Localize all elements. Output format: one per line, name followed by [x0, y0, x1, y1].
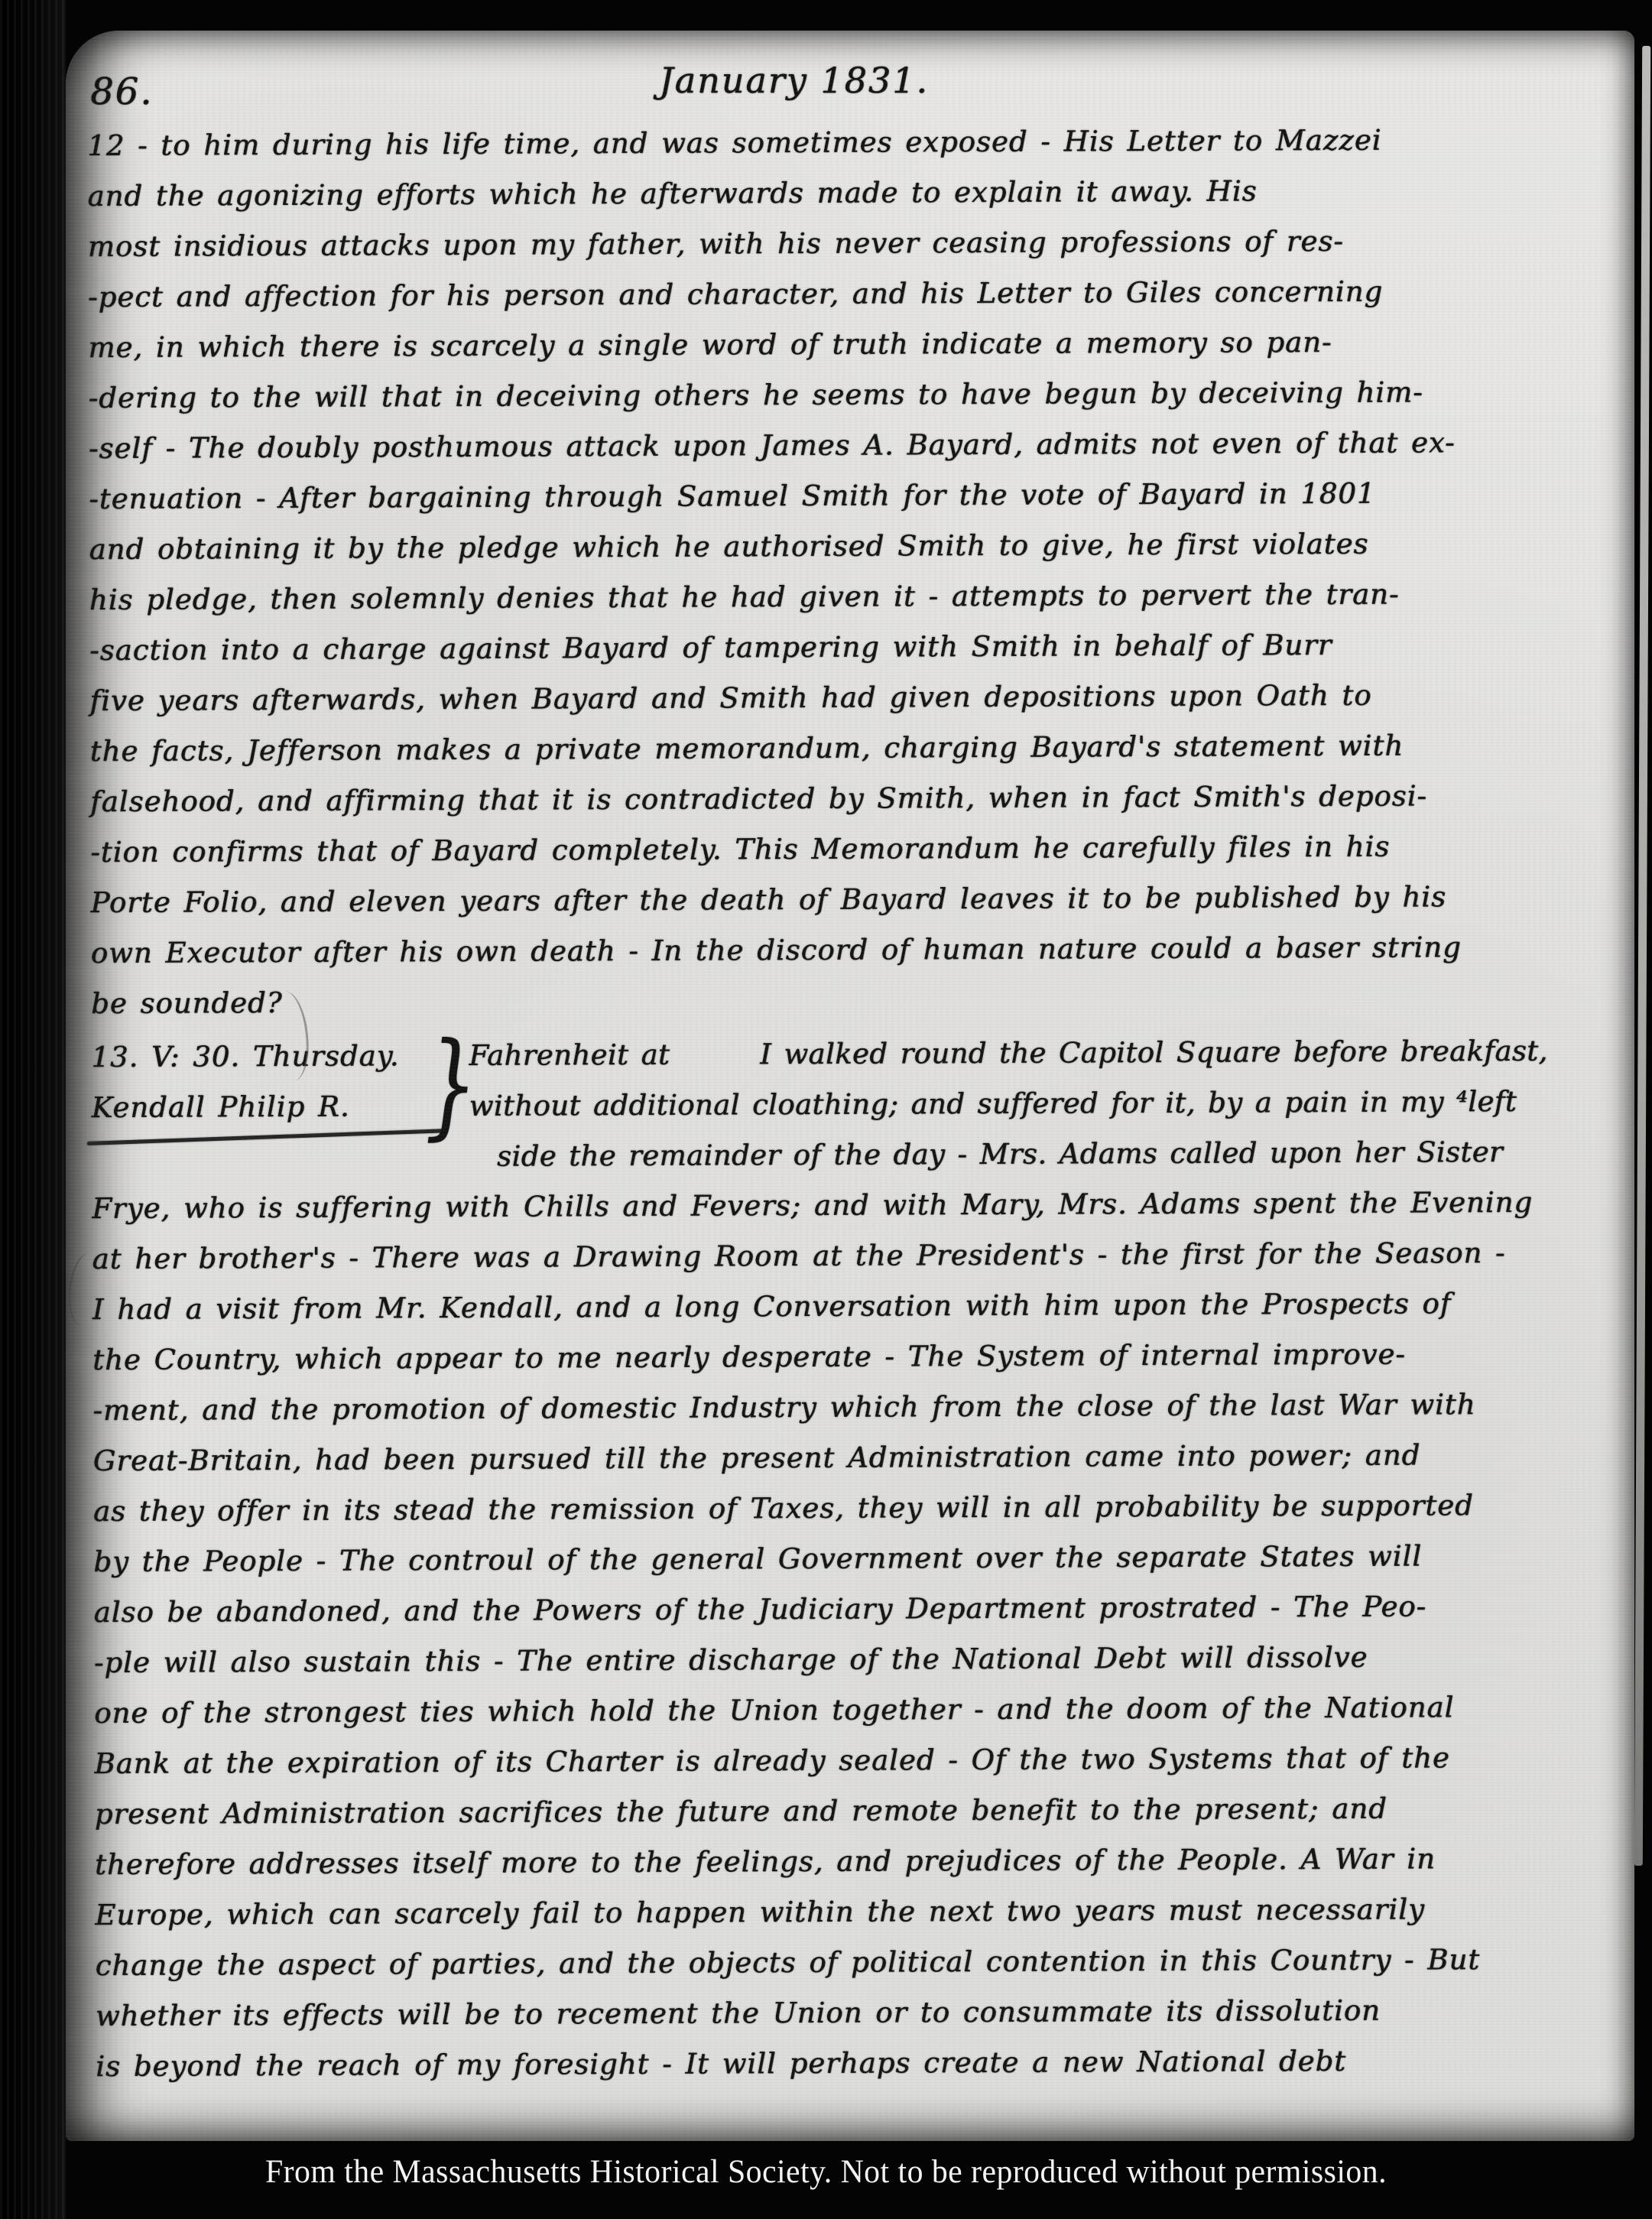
- manuscript-line: side the remainder of the day - Mrs. Ada…: [469, 1126, 1607, 1181]
- photostat-background: 86. January 1831. 12 - to him during his…: [0, 0, 1652, 2219]
- manuscript-line: is beyond the reach of my foresight - It…: [96, 2035, 1611, 2092]
- entry-13-opening: I walked round the Capitol Square before…: [760, 1035, 1548, 1071]
- manuscript-line: me, in which there is scarcely a single …: [88, 316, 1603, 373]
- manuscript-line: and the agonizing efforts which he after…: [87, 164, 1602, 222]
- footer-credit: From the Massachusetts Historical Societ…: [24, 2153, 1627, 2191]
- manuscript-line: -tion confirms that of Bayard completely…: [90, 820, 1605, 878]
- manuscript-line: Frye, who is suffering with Chills and F…: [92, 1177, 1607, 1234]
- manuscript-line: present Administration sacrifices the fu…: [95, 1782, 1610, 1840]
- manuscript-line: five years afterwards, when Bayard and S…: [89, 669, 1605, 726]
- manuscript-page: 86. January 1831. 12 - to him during his…: [66, 31, 1634, 2141]
- manuscript-line: as they offer in its stead the remission…: [93, 1480, 1608, 1537]
- manuscript-line: at her brother's - There was a Drawing R…: [92, 1227, 1607, 1285]
- margin-name-note: Kendall Philip R.: [91, 1081, 424, 1133]
- adjacent-page-edge: [1634, 46, 1650, 1866]
- manuscript-line: Fahrenheit atI walked round the Capitol …: [469, 1025, 1606, 1080]
- manuscript-line: be sounded?: [91, 972, 1606, 1029]
- month-year-heading: January 1831.: [66, 60, 1522, 101]
- entry-margin-column: 13. V: 30. Thursday. Kendall Philip R.: [91, 1031, 425, 1145]
- manuscript-line: whether its effects will be to recement …: [96, 1984, 1611, 2042]
- manuscript-line: Porte Folio, and eleven years after the …: [90, 871, 1605, 928]
- manuscript-line: own Executor after his own death - In th…: [91, 921, 1606, 979]
- book-gutter-shadow: [0, 0, 66, 2219]
- manuscript-line: one of the strongest ties which hold the…: [94, 1681, 1609, 1739]
- manuscript-line: the facts, Jefferson makes a private mem…: [89, 720, 1605, 777]
- manuscript-line: change the aspect of parties, and the ob…: [95, 1934, 1610, 1991]
- manuscript-line: Great-Britain, had been pursued till the…: [93, 1429, 1608, 1486]
- manuscript-line: falsehood, and affirming that it is cont…: [90, 770, 1605, 827]
- manuscript-line: Europe, which can scarcely fail to happe…: [95, 1883, 1610, 1941]
- manuscript-line: -pect and affection for his person and c…: [88, 265, 1603, 323]
- manuscript-line: his pledge, then solemnly denies that he…: [89, 568, 1605, 625]
- manuscript-line: I had a visit from Mr. Kendall, and a lo…: [92, 1278, 1608, 1335]
- entry-13-heading-row: 13. V: 30. Thursday. Kendall Philip R. }…: [91, 1025, 1607, 1184]
- manuscript-line: -saction into a charge against Bayard of…: [89, 619, 1605, 676]
- manuscript-line: also be abandoned, and the Powers of the…: [93, 1581, 1608, 1638]
- manuscript-line: -self - The doubly posthumous attack upo…: [89, 417, 1604, 474]
- manuscript-text-block: 12 - to him during his life time, and wa…: [87, 114, 1611, 2092]
- manuscript-line: 12 - to him during his life time, and wa…: [87, 114, 1602, 171]
- manuscript-line: by the People - The controul of the gene…: [93, 1530, 1608, 1587]
- manuscript-line: and obtaining it by the pledge which he …: [89, 518, 1604, 575]
- manuscript-line: -tenuation - After bargaining through Sa…: [89, 467, 1604, 525]
- entry-13-date-time: 13. V: 30. Thursday.: [91, 1031, 424, 1083]
- manuscript-line: -ment, and the promotion of domestic Ind…: [92, 1379, 1608, 1436]
- manuscript-line: without additional cloathing; and suffer…: [469, 1076, 1606, 1131]
- manuscript-line: -dering to the will that in deceiving ot…: [88, 366, 1603, 424]
- manuscript-line: therefore addresses itself more to the f…: [95, 1833, 1610, 1890]
- manuscript-line: -ple will also sustain this - The entire…: [94, 1631, 1609, 1688]
- entry-brace: }: [424, 1028, 456, 1142]
- entry-13-inset-column: Fahrenheit atI walked round the Capitol …: [469, 1025, 1607, 1181]
- manuscript-line: the Country, which appear to me nearly d…: [92, 1328, 1608, 1386]
- manuscript-line: most insidious attacks upon my father, w…: [88, 215, 1603, 272]
- manuscript-line: Bank at the expiration of its Charter is…: [94, 1732, 1609, 1789]
- fahrenheit-note: Fahrenheit at: [469, 1038, 670, 1072]
- blank-temperature-space: [670, 1064, 760, 1064]
